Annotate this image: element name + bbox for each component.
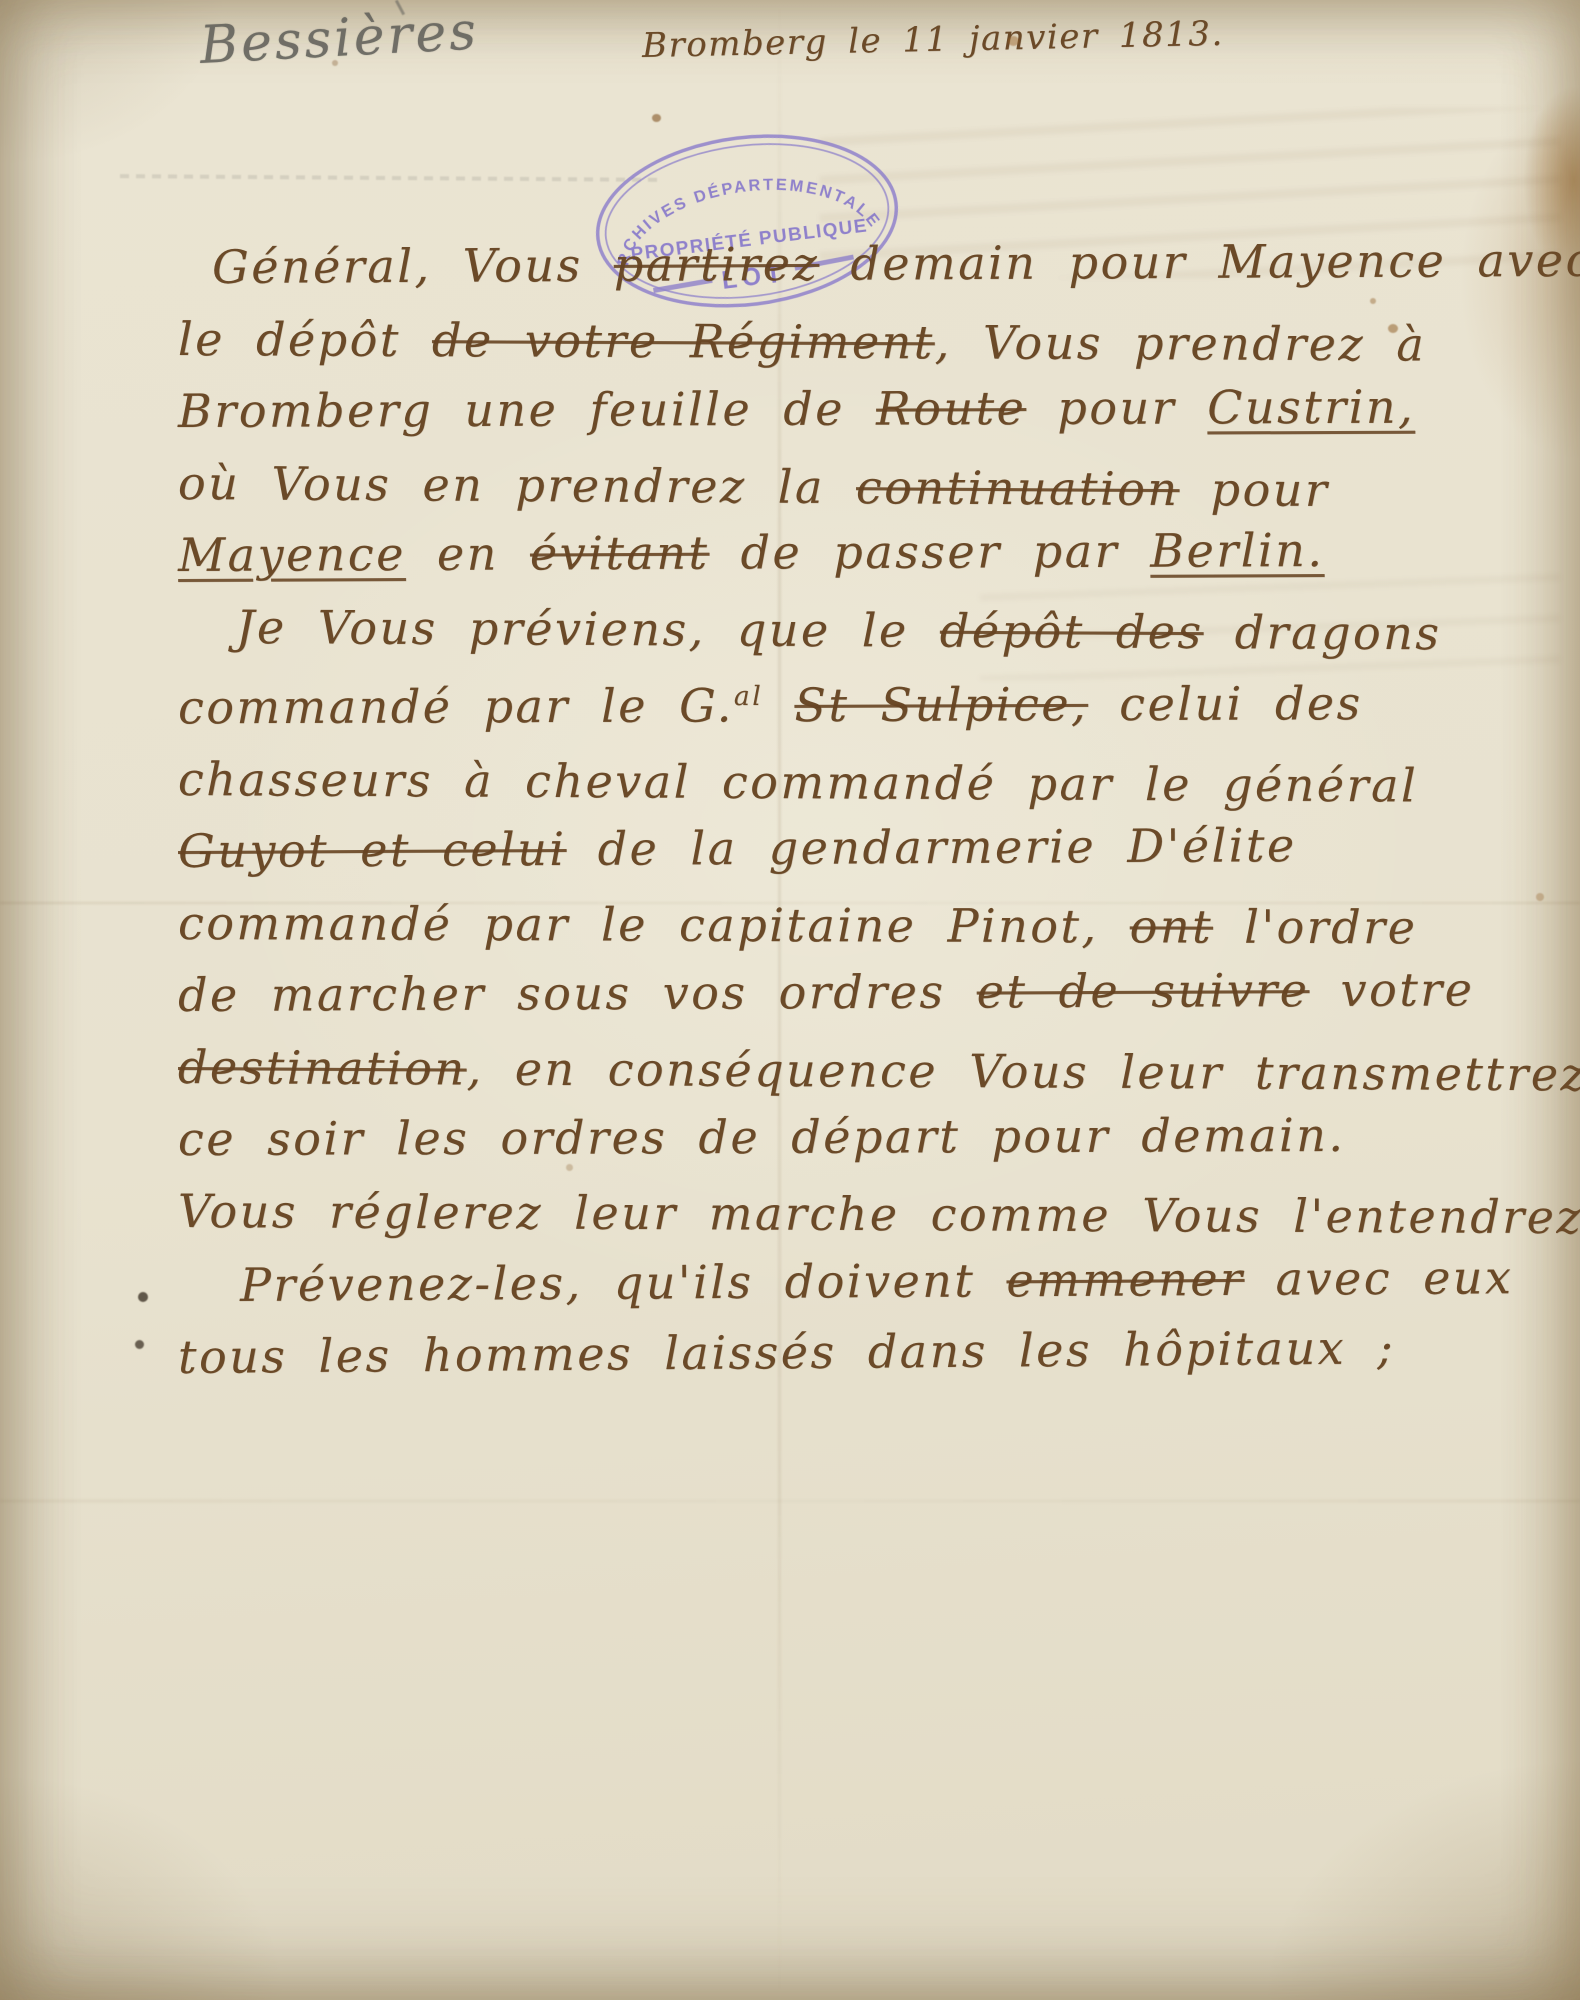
text-segment: Je Vous préviens, que le	[236, 600, 940, 658]
text-segment: de passer par	[709, 524, 1150, 580]
text-segment: emmener	[1006, 1252, 1244, 1307]
text-segment: et de suivre	[977, 963, 1310, 1018]
letter-line: tous les hommes laissés dans les hôpitau…	[178, 1321, 1560, 1382]
text-segment: tous les hommes laissés dans les hôpitau…	[178, 1321, 1396, 1385]
letter-line: Je Vous préviens, que le dépôt des drago…	[236, 602, 1560, 659]
text-segment: Vous réglerez leur marche comme Vous l'e…	[178, 1184, 1580, 1244]
paper-hole	[135, 1340, 144, 1349]
letter-line: Mayence en évitant de passer par Berlin.	[178, 524, 1560, 580]
text-segment: l'ordre	[1213, 900, 1418, 955]
letter-page: Bessières Bromberg le 11 janvier 1813. A…	[0, 0, 1580, 2000]
text-segment: destination	[178, 1040, 467, 1096]
text-segment: pour	[1026, 380, 1207, 435]
text-segment: où Vous en prendrez la	[178, 456, 856, 514]
text-segment: chasseurs à cheval commandé par le génér…	[178, 752, 1418, 812]
letter-line: ce soir les ordres de départ pour demain…	[178, 1110, 1560, 1165]
text-segment: celui des	[1088, 676, 1363, 731]
pencil-annotation-bessieres: Bessières	[198, 1, 480, 76]
letter-line: de marcher sous vos ordres et de suivre …	[178, 964, 1560, 1020]
text-segment: Mayence	[178, 527, 406, 582]
letter-line: Bromberg une feuille de Route pour Custr…	[178, 381, 1560, 436]
text-segment: ont	[1130, 900, 1214, 954]
letter-line: destination, en conséquence Vous leur tr…	[178, 1042, 1560, 1099]
letter-line: commandé par le G.al St Sulpice, celui d…	[178, 669, 1560, 732]
text-segment: continuation	[856, 460, 1180, 516]
dateline: Bromberg le 11 janvier 1813.	[642, 13, 1281, 66]
text-segment: , Vous prendrez à	[935, 315, 1427, 371]
text-segment: pour	[1179, 462, 1329, 517]
text-segment: dépôt des	[940, 604, 1204, 659]
letter-line: Vous réglerez leur marche comme Vous l'e…	[178, 1186, 1560, 1242]
text-segment: le dépôt	[178, 312, 432, 367]
text-segment: demain pour Mayence avec	[819, 233, 1580, 291]
text-segment: partirez	[614, 237, 820, 292]
letter-line: commandé par le capitaine Pinot, ont l'o…	[178, 898, 1560, 953]
stain-spot	[1536, 893, 1544, 901]
text-segment: Général, Vous	[212, 238, 614, 294]
paper-hole	[138, 1292, 148, 1302]
text-segment: dragons	[1203, 605, 1441, 660]
letter-line: Guyot et celui de la gendarmerie D'élite	[178, 819, 1560, 876]
text-segment: Guyot et celui	[178, 822, 567, 878]
text-segment	[763, 678, 794, 732]
pencil-squiggle	[120, 174, 660, 182]
text-segment: ce soir les ordres de départ pour demain…	[178, 1108, 1346, 1166]
letter-line: où Vous en prendrez la continuation pour	[178, 458, 1560, 516]
text-segment: Bromberg une feuille de	[178, 382, 876, 438]
stain-spot	[566, 1164, 573, 1171]
text-segment: en	[406, 526, 530, 581]
text-segment: Berlin.	[1150, 523, 1324, 578]
text-segment: de marcher sous vos ordres	[178, 965, 977, 1022]
letter-line: chasseurs à cheval commandé par le génér…	[178, 754, 1560, 811]
paper-crease	[0, 1500, 1580, 1502]
text-segment: , en conséquence Vous leur transmettrez	[466, 1042, 1580, 1102]
text-segment: de la gendarmerie D'élite	[566, 818, 1296, 876]
stain-spot	[1008, 36, 1019, 46]
letter-line: Général, Vous partirez demain pour Mayen…	[212, 235, 1560, 292]
stain-spot	[1370, 298, 1376, 304]
text-segment: votre	[1309, 963, 1474, 1018]
letter-body: Général, Vous partirez demain pour Mayen…	[178, 242, 1560, 1404]
text-segment: avec eux	[1244, 1251, 1513, 1307]
text-segment: St Sulpice,	[794, 677, 1088, 732]
text-segment: al	[734, 681, 764, 712]
text-segment: Route	[876, 381, 1026, 436]
text-segment: commandé par le G.	[178, 678, 734, 734]
stain-spot	[652, 114, 661, 122]
letter-line: le dépôt de votre Régiment, Vous prendre…	[178, 314, 1560, 370]
stain-spot	[332, 60, 338, 66]
text-segment: évitant	[530, 526, 710, 581]
stain-spot	[1388, 324, 1398, 333]
text-segment: commandé par le capitaine Pinot,	[178, 896, 1130, 953]
text-segment: de votre Régiment	[432, 313, 935, 369]
letter-line: Prévenez-les, qu'ils doivent emmener ave…	[240, 1252, 1560, 1310]
text-segment: Prévenez-les, qu'ils doivent	[240, 1254, 1007, 1313]
text-segment: Custrin,	[1207, 380, 1415, 435]
